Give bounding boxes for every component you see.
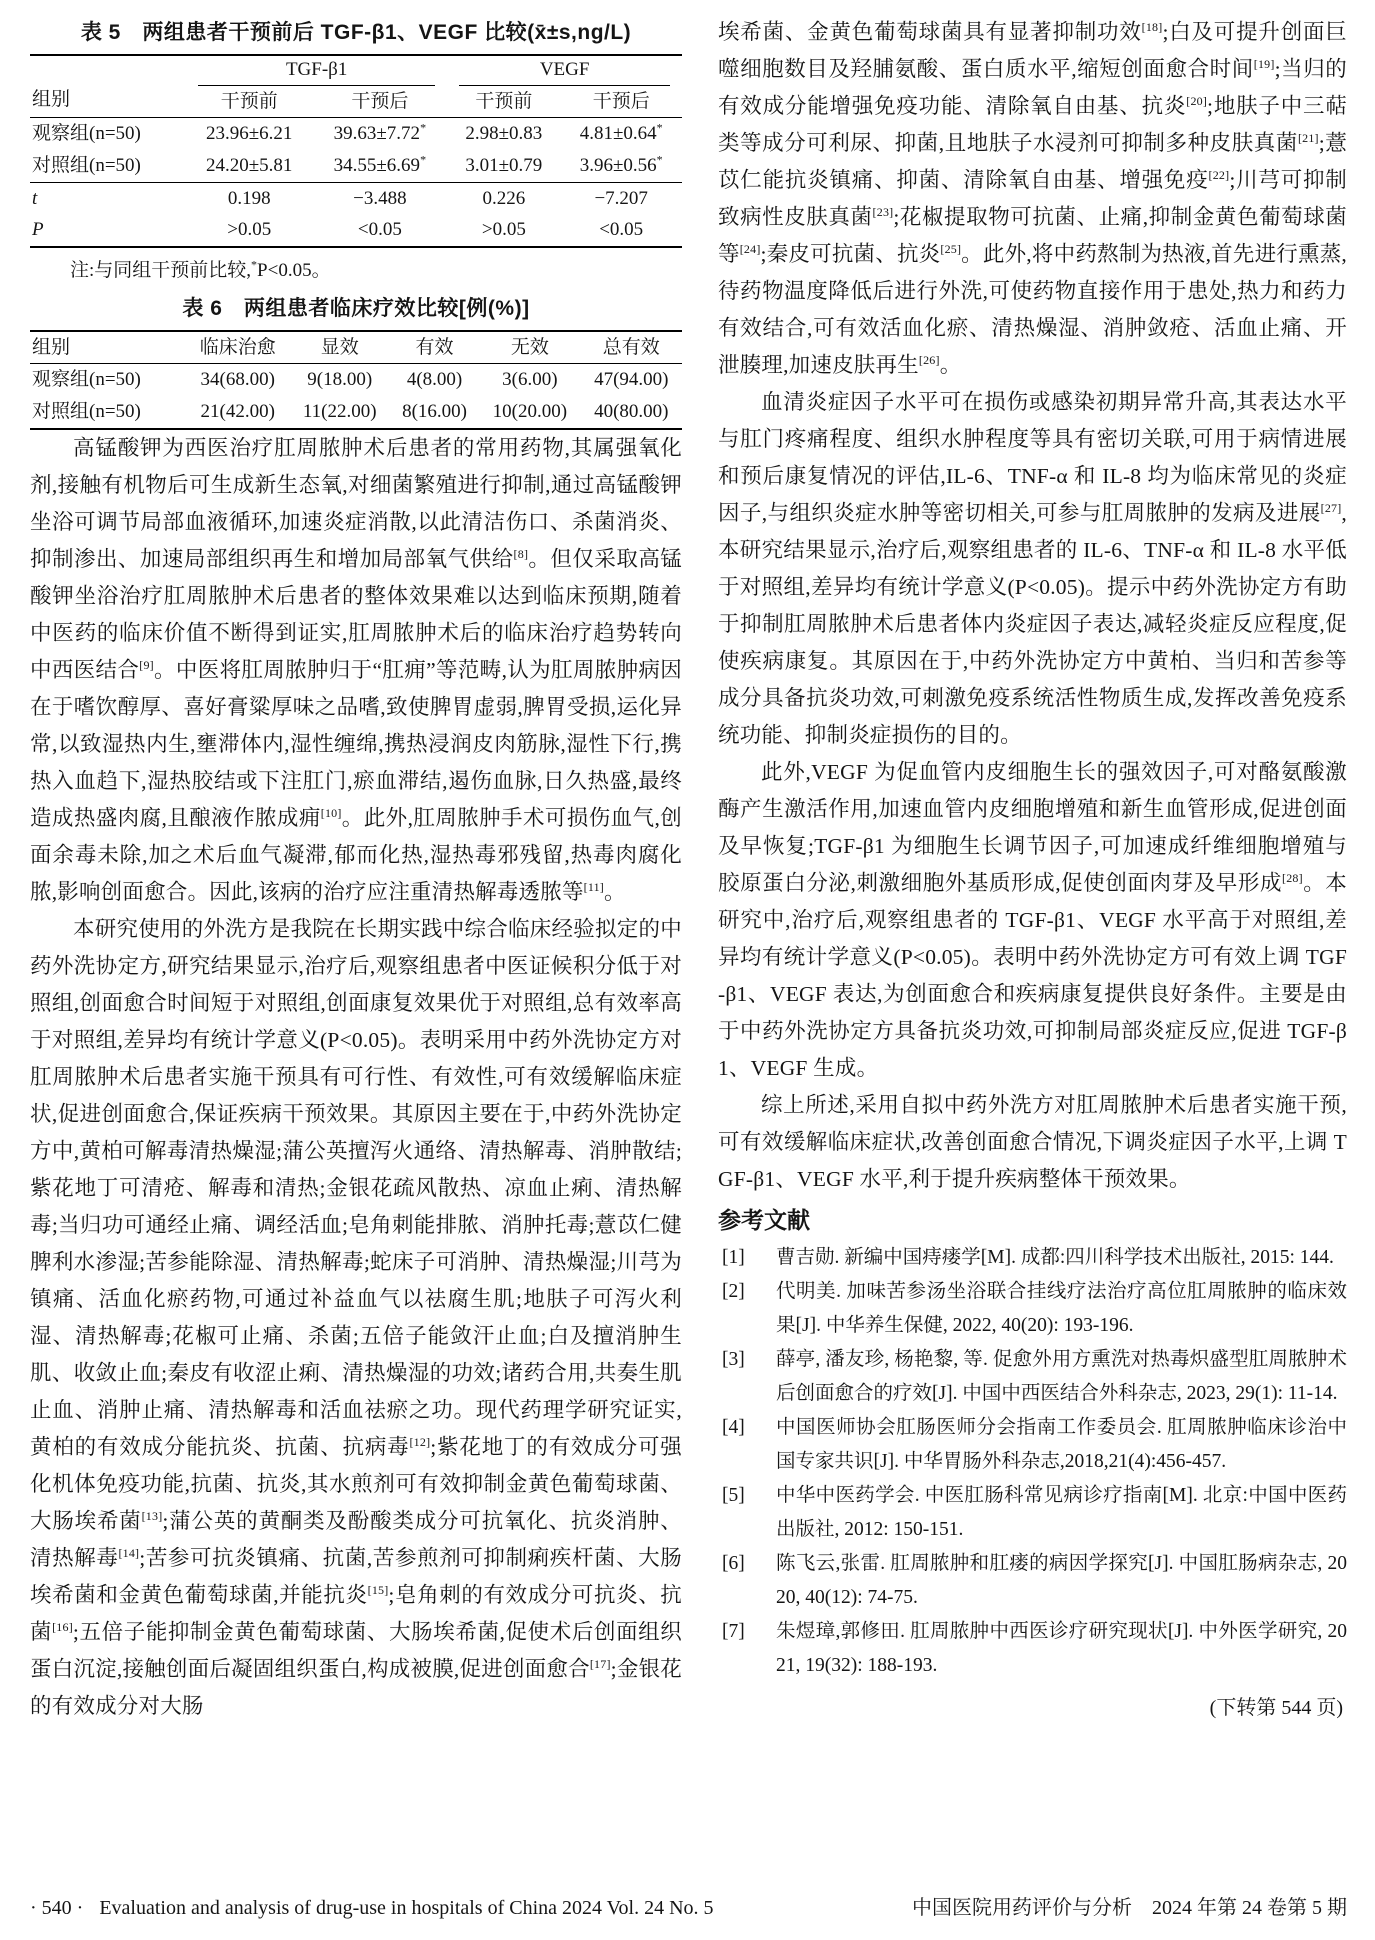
row-label: P [30, 214, 186, 247]
discussion-paragraph: 高锰酸钾为西医治疗肛周脓肿术后患者的常用药物,其属强氧化剂,接触有机物后可生成新… [30, 430, 682, 911]
left-column: 表 5 两组患者干预前后 TGF-β1、VEGF 比较(x̄±s,ng/L) 组… [30, 14, 682, 1880]
cell: 9(18.00) [290, 364, 391, 396]
table-row: P >0.05 <0.05 >0.05 <0.05 [30, 214, 682, 247]
table-row: 对照组(n=50) 24.20±5.81 34.55±6.69* 3.01±0.… [30, 150, 682, 182]
cell: 10(20.00) [479, 396, 580, 429]
cell: 11(22.00) [290, 396, 391, 429]
reference-item: [2] 代明美. 加味苦参汤坐浴联合挂线疗法治疗高位肛周脓肿的临床效果[J]. … [718, 1275, 1347, 1343]
reference-text: 薛亭, 潘友珍, 杨艳黎, 等. 促愈外用方熏洗对热毒炽盛型肛周脓肿术后创面愈合… [776, 1343, 1347, 1411]
table5-subheader: 干预前 [186, 86, 312, 118]
cell: 34(68.00) [186, 364, 290, 396]
cell: 3.96±0.56* [560, 150, 682, 182]
continued-note: (下转第 544 页) [718, 1691, 1347, 1725]
two-column-layout: 表 5 两组患者干预前后 TGF-β1、VEGF 比较(x̄±s,ng/L) 组… [30, 14, 1347, 1880]
cell: −7.207 [560, 182, 682, 214]
reference-number: [4] [718, 1411, 776, 1479]
reference-number: [7] [718, 1615, 776, 1683]
table5-header-vegf: VEGF [459, 57, 670, 86]
cell: 21(42.00) [186, 396, 290, 429]
reference-item: [7] 朱煜璋,郭修田. 肛周脓肿中西医诊疗研究现状[J]. 中外医学研究, 2… [718, 1615, 1347, 1683]
conclusion-paragraph: 综上所述,采用自拟中药外洗方对肛周脓肿术后患者实施干预,可有效缓解临床症状,改善… [718, 1087, 1347, 1198]
discussion-paragraph: 血清炎症因子水平可在损伤或感染初期异常升高,其表达水平与肛门疼痛程度、组织水肿程… [718, 384, 1347, 754]
cell: >0.05 [447, 214, 560, 247]
table6: 组别 临床治愈 显效 有效 无效 总有效 观察组(n=50) 34(68.00)… [30, 330, 682, 430]
cell: 8(16.00) [390, 396, 479, 429]
table6-header: 总有效 [581, 331, 682, 364]
table5-title: 表 5 两组患者干预前后 TGF-β1、VEGF 比较(x̄±s,ng/L) [30, 16, 682, 46]
reference-item: [5] 中华中医药学会. 中医肛肠科常见病诊疗指南[M]. 北京:中国中医药出版… [718, 1479, 1347, 1547]
table5: 组别 TGF-β1 VEGF 干预前 干预后 干预前 干预后 观察组(n=50)… [30, 54, 682, 248]
table6-header: 无效 [479, 331, 580, 364]
right-column: 埃希菌、金黄色葡萄球菌具有显著抑制功效[18];白及可提升创面巨噬细胞数目及羟脯… [718, 14, 1347, 1880]
cell: 0.198 [186, 182, 312, 214]
cell: <0.05 [560, 214, 682, 247]
cell: 4(8.00) [390, 364, 479, 396]
reference-number: [5] [718, 1479, 776, 1547]
journal-title-en: Evaluation and analysis of drug-use in h… [99, 1897, 713, 1919]
reference-text: 代明美. 加味苦参汤坐浴联合挂线疗法治疗高位肛周脓肿的临床效果[J]. 中华养生… [776, 1275, 1347, 1343]
reference-number: [1] [718, 1241, 776, 1275]
row-label: 观察组(n=50) [30, 364, 186, 396]
reference-text: 朱煜璋,郭修田. 肛周脓肿中西医诊疗研究现状[J]. 中外医学研究, 2021,… [776, 1615, 1347, 1683]
table6-header: 临床治愈 [186, 331, 290, 364]
table6-header: 有效 [390, 331, 479, 364]
table-row: 观察组(n=50) 34(68.00) 9(18.00) 4(8.00) 3(6… [30, 364, 682, 396]
table6-header: 组别 [30, 331, 186, 364]
discussion-paragraph-continued: 埃希菌、金黄色葡萄球菌具有显著抑制功效[18];白及可提升创面巨噬细胞数目及羟脯… [718, 14, 1347, 384]
discussion-paragraph: 本研究使用的外洗方是我院在长期实践中综合临床经验拟定的中药外洗协定方,研究结果显… [30, 911, 682, 1725]
row-label: 对照组(n=50) [30, 150, 186, 182]
table6-title: 表 6 两组患者临床疗效比较[例(%)] [30, 292, 682, 322]
row-label: 对照组(n=50) [30, 396, 186, 429]
cell: 4.81±0.64* [560, 118, 682, 150]
reference-text: 中国医师协会肛肠医师分会指南工作委员会. 肛周脓肿临床诊治中国专家共识[J]. … [776, 1411, 1347, 1479]
reference-item: [1] 曹吉勋. 新编中国痔瘘学[M]. 成都:四川科学技术出版社, 2015:… [718, 1241, 1347, 1275]
page-footer: · 540 ·Evaluation and analysis of drug-u… [30, 1891, 1347, 1920]
reference-item: [3] 薛亭, 潘友珍, 杨艳黎, 等. 促愈外用方熏洗对热毒炽盛型肛周脓肿术后… [718, 1343, 1347, 1411]
cell: 24.20±5.81 [186, 150, 312, 182]
reference-text: 曹吉勋. 新编中国痔瘘学[M]. 成都:四川科学技术出版社, 2015: 144… [776, 1241, 1347, 1275]
cell: >0.05 [186, 214, 312, 247]
references-heading: 参考文献 [718, 1202, 1347, 1235]
table5-subheader: 干预后 [560, 86, 682, 118]
reference-number: [2] [718, 1275, 776, 1343]
row-label: 观察组(n=50) [30, 118, 186, 150]
table5-note: 注:与同组干预前比较,*P<0.05。 [30, 255, 682, 282]
cell: 3(6.00) [479, 364, 580, 396]
reference-number: [3] [718, 1343, 776, 1411]
reference-number: [6] [718, 1547, 776, 1615]
reference-text: 中华中医药学会. 中医肛肠科常见病诊疗指南[M]. 北京:中国中医药出版社, 2… [776, 1479, 1347, 1547]
cell: 0.226 [447, 182, 560, 214]
table5-subheader: 干预后 [312, 86, 447, 118]
journal-title-cn: 中国医院用药评价与分析 2024 年第 24 卷第 5 期 [912, 1891, 1347, 1920]
footer-left: · 540 ·Evaluation and analysis of drug-u… [30, 1897, 714, 1920]
reference-item: [4] 中国医师协会肛肠医师分会指南工作委员会. 肛周脓肿临床诊治中国专家共识[… [718, 1411, 1347, 1479]
cell: 34.55±6.69* [312, 150, 447, 182]
row-label: t [30, 182, 186, 214]
table-row: t 0.198 −3.488 0.226 −7.207 [30, 182, 682, 214]
table6-header: 显效 [290, 331, 391, 364]
cell: 39.63±7.72* [312, 118, 447, 150]
cell: 47(94.00) [581, 364, 682, 396]
discussion-paragraph: 此外,VEGF 为促血管内皮细胞生长的强效因子,可对酪氨酸激酶产生激活作用,加速… [718, 754, 1347, 1087]
table-row: 对照组(n=50) 21(42.00) 11(22.00) 8(16.00) 1… [30, 396, 682, 429]
cell: 3.01±0.79 [447, 150, 560, 182]
table5-header-group-col: 组别 [30, 55, 186, 118]
table-row: 观察组(n=50) 23.96±6.21 39.63±7.72* 2.98±0.… [30, 118, 682, 150]
cell: −3.488 [312, 182, 447, 214]
table5-subheader: 干预前 [447, 86, 560, 118]
cell: 2.98±0.83 [447, 118, 560, 150]
reference-text: 陈飞云,张雷. 肛周脓肿和肛瘘的病因学探究[J]. 中国肛肠病杂志, 2020,… [776, 1547, 1347, 1615]
cell: 40(80.00) [581, 396, 682, 429]
reference-item: [6] 陈飞云,张雷. 肛周脓肿和肛瘘的病因学探究[J]. 中国肛肠病杂志, 2… [718, 1547, 1347, 1615]
table5-header-tgf: TGF-β1 [198, 57, 435, 86]
cell: <0.05 [312, 214, 447, 247]
journal-page: 表 5 两组患者干预前后 TGF-β1、VEGF 比较(x̄±s,ng/L) 组… [0, 0, 1375, 1940]
page-number: · 540 · [30, 1897, 83, 1919]
cell: 23.96±6.21 [186, 118, 312, 150]
